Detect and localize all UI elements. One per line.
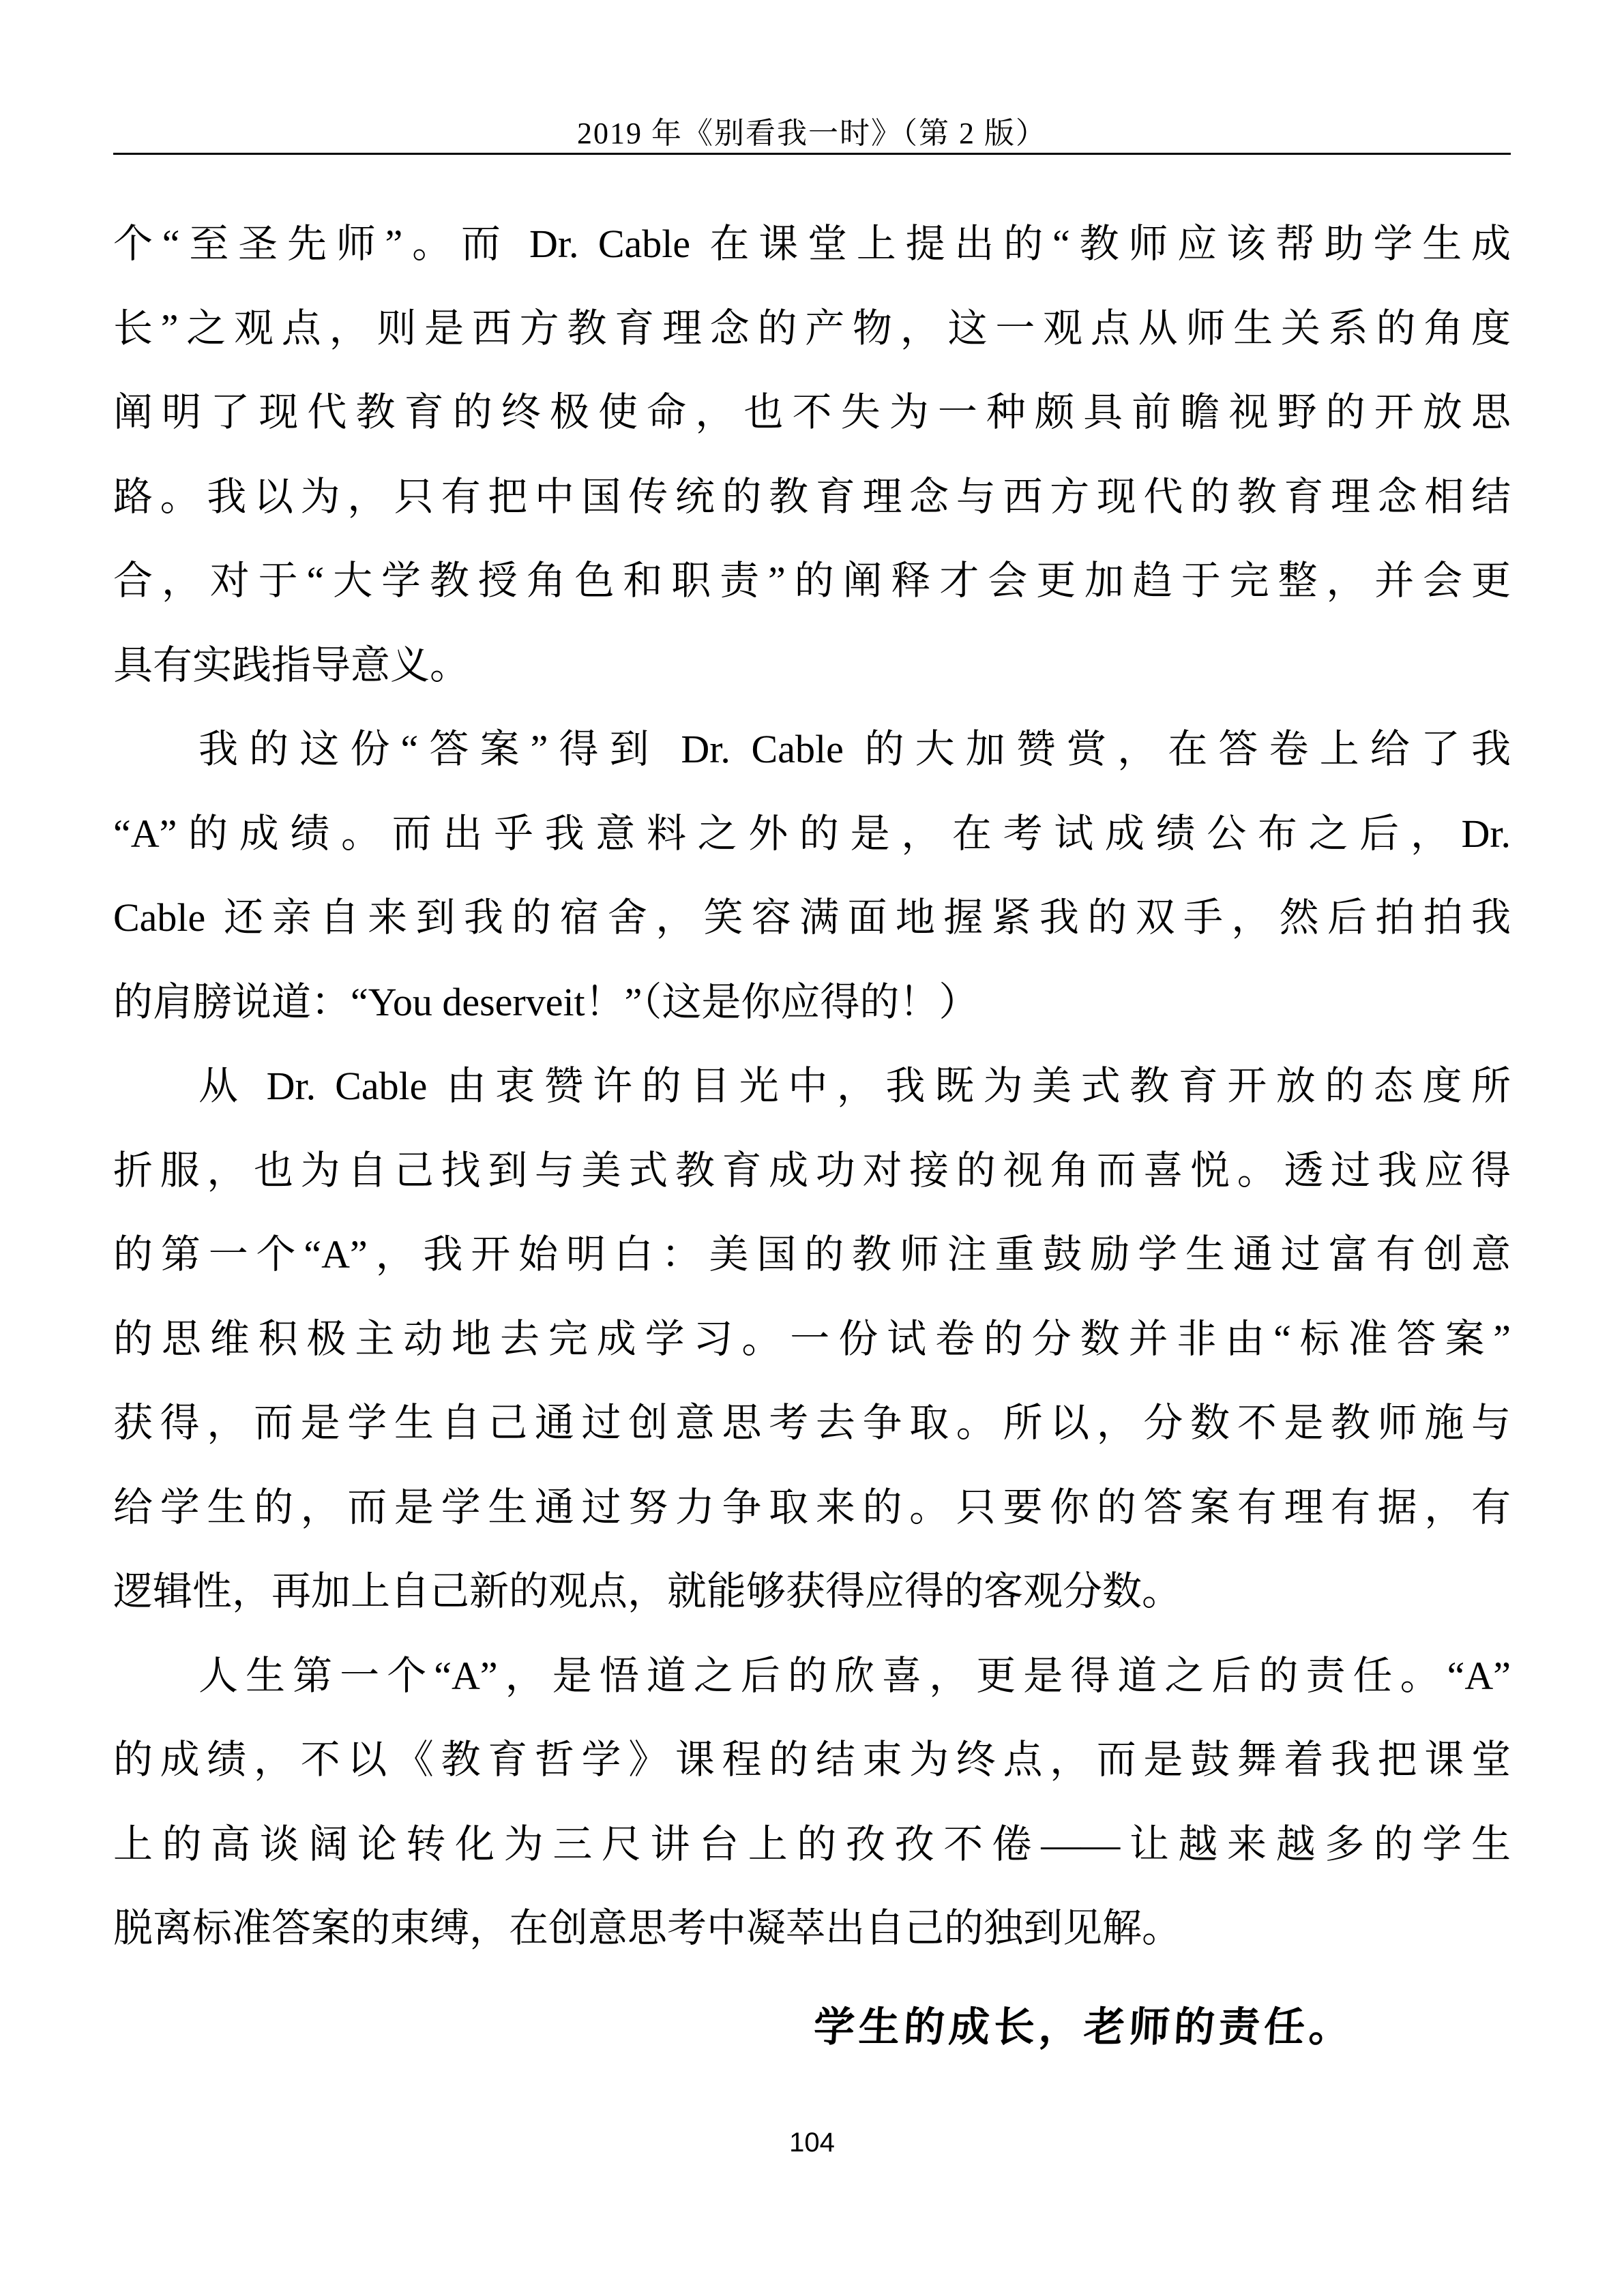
body-lines: 个“至圣先师”。而 Dr. Cable 在课堂上提出的“教师应该帮助学生成长”之…	[113, 202, 1511, 1971]
header-title: 2019 年《别看我一时》（第 2 版）	[0, 116, 1624, 151]
body-line: Cable 还亲自来到我的宿舍，笑容满面地握紧我的双手，然后拍拍我	[113, 876, 1511, 960]
page-footer: 104	[0, 2126, 1624, 2159]
body-line: 获得，而是学生自己通过创意思考去争取。所以，分数不是教师施与	[113, 1381, 1511, 1465]
body-line: “A”的成绩。而出乎我意料之外的是，在考试成绩公布之后，Dr.	[113, 792, 1511, 876]
body-line: 从 Dr. Cable 由衷赞许的目光中，我既为美式教育开放的态度所	[113, 1044, 1511, 1129]
body-line: 的第一个“A”，我开始明白：美国的教师注重鼓励学生通过富有创意	[113, 1212, 1511, 1297]
body-line: 给学生的，而是学生通过努力争取来的。只要你的答案有理有据，有	[113, 1465, 1511, 1550]
body-line: 的思维积极主动地去完成学习。一份试卷的分数并非由“标准答案”	[113, 1297, 1511, 1382]
closing-calligraphy-line: 学生的成长，老师的责任。	[111, 1986, 1513, 2070]
page-number: 104	[789, 2128, 835, 2158]
body-line: 具有实践指导意义。	[113, 623, 1511, 708]
body-line: 折服，也为自己找到与美式教育成功对接的视角而喜悦。透过我应得	[113, 1129, 1511, 1213]
document-page: 2019 年《别看我一时》（第 2 版） 个“至圣先师”。而 Dr. Cable…	[0, 0, 1624, 2296]
body-line: 逻辑性，再加上自己新的观点，就能够获得应得的客观分数。	[113, 1549, 1511, 1634]
body-line: 上的高谈阔论转化为三尺讲台上的孜孜不倦——让越来越多的学生	[113, 1802, 1511, 1887]
body-line: 个“至圣先师”。而 Dr. Cable 在课堂上提出的“教师应该帮助学生成	[113, 202, 1511, 286]
body-line: 的肩膀说道：“You deserveit！”（这是你应得的！）	[113, 960, 1511, 1045]
body-line: 我的这份“答案”得到 Dr. Cable 的大加赞赏，在答卷上给了我	[113, 707, 1511, 792]
body-line: 路。我以为，只有把中国传统的教育理念与西方现代的教育理念相结	[113, 455, 1511, 539]
body-line: 阐明了现代教育的终极使命，也不失为一种颇具前瞻视野的开放思	[113, 370, 1511, 455]
body-line: 长”之观点，则是西方教育理念的产物，这一观点从师生关系的角度	[113, 286, 1511, 371]
body-text: 个“至圣先师”。而 Dr. Cable 在课堂上提出的“教师应该帮助学生成长”之…	[113, 202, 1511, 2070]
body-line: 的成绩，不以《教育哲学》课程的结束为终点，而是鼓舞着我把课堂	[113, 1718, 1511, 1802]
body-line: 人生第一个“A”，是悟道之后的欣喜，更是得道之后的责任。“A”	[113, 1634, 1511, 1718]
header-rule	[113, 153, 1511, 155]
body-line: 脱离标准答案的束缚，在创意思考中凝萃出自己的独到见解。	[113, 1886, 1511, 1971]
body-line: 合，对于“大学教授角色和职责”的阐释才会更加趋于完整，并会更	[113, 539, 1511, 623]
